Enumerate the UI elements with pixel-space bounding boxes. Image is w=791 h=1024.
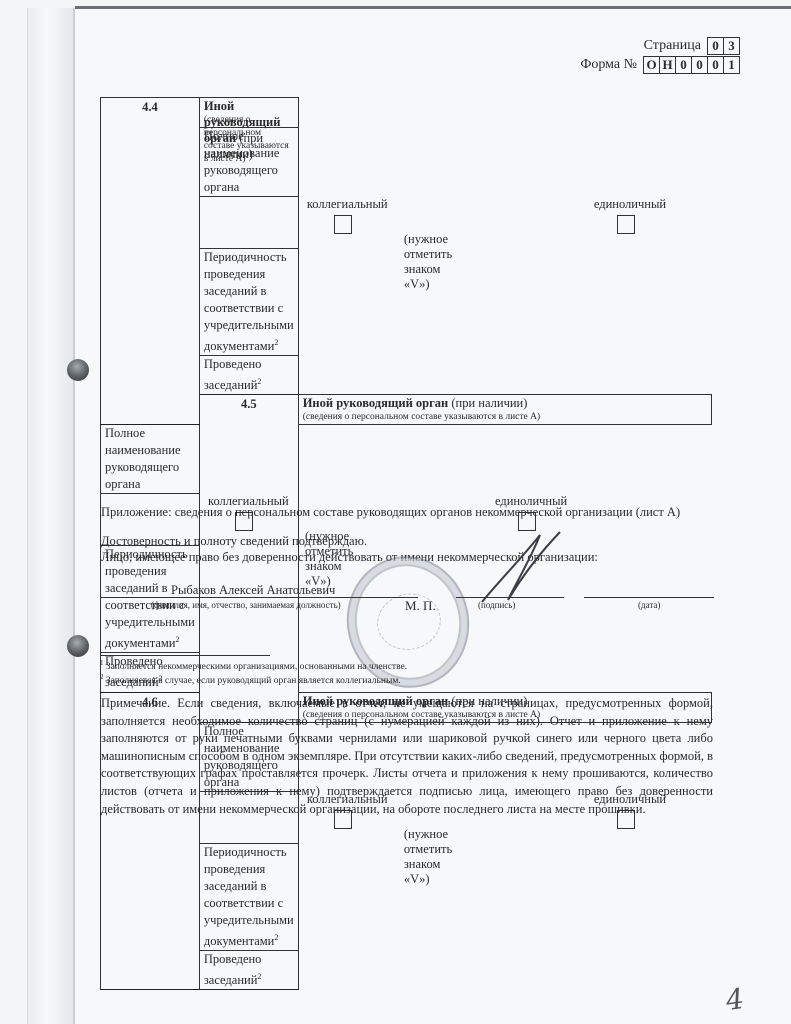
footnote-divider <box>100 655 270 656</box>
signature-caption: (подпись) <box>478 600 515 610</box>
meetings-held-label: Проведено заседаний <box>204 952 262 987</box>
collegial-checkbox[interactable] <box>334 215 352 234</box>
page-digit: 3 <box>724 37 740 55</box>
page-digit: 0 <box>707 37 724 55</box>
section-number: 4.4 <box>101 98 200 425</box>
page-number-cells: 0 3 <box>707 37 740 55</box>
mark-hint: (нужное отметить знаком «V») <box>404 232 452 292</box>
section-title: Иной руководящий орган (при наличии) (св… <box>298 395 711 425</box>
handwritten-signature-icon <box>480 530 570 610</box>
periodicity-label: Периодичность проведения заседаний в соо… <box>204 845 294 948</box>
footnote-ref: 2 <box>176 635 180 644</box>
footnote-mark: 1 <box>100 659 104 667</box>
footnote-mark: 2 <box>100 673 104 681</box>
form-digit: 0 <box>692 56 708 74</box>
punch-hole-icon <box>67 359 89 381</box>
form-digit: 0 <box>676 56 692 74</box>
punch-hole-icon <box>67 635 89 657</box>
footnote-ref: 2 <box>257 377 261 386</box>
periodicity-field[interactable]: Периодичность проведения заседаний в соо… <box>199 249 298 356</box>
mark-hint: (нужное отметить знаком «V») <box>404 827 452 887</box>
section-subnote: (сведения о персональном составе указыва… <box>303 411 707 424</box>
confirmation-text: Достоверность и полноту сведений подтвер… <box>101 534 367 549</box>
footnote-ref: 2 <box>274 338 278 347</box>
section-title-bold: Иной руководящий орган <box>303 396 449 410</box>
option-collegial-label: коллегиальный <box>307 197 388 212</box>
form-number-row: Форма № О Н 0 0 0 1 <box>550 55 740 74</box>
section-title-row: 4.4 Иной руководящий орган (при наличии)… <box>101 98 712 128</box>
full-name-field[interactable]: Полное наименование руководящего органа <box>101 425 200 494</box>
option-sole-label: единоличный <box>594 197 666 212</box>
sole-checkbox[interactable] <box>617 215 635 234</box>
date-line[interactable] <box>584 597 714 598</box>
periodicity-field[interactable]: Периодичность проведения заседаний в соо… <box>199 843 298 950</box>
date-caption: (дата) <box>638 600 660 610</box>
footnote-text: Заполняется в случае, если руководящий о… <box>106 676 401 686</box>
full-name-row: Полное наименование руководящего органа <box>101 425 712 494</box>
page-number-row: Страница 0 3 <box>550 36 740 55</box>
footnote-text: Заполняется некоммерческими организациям… <box>106 662 407 672</box>
form-number-cells: О Н 0 0 0 1 <box>643 56 740 74</box>
meetings-held-label: Проведено заседаний <box>204 357 262 392</box>
form-digit: Н <box>660 56 676 74</box>
meetings-held-field[interactable]: Проведено заседаний2 <box>199 950 298 989</box>
section-title: Иной руководящий орган (при наличии) (св… <box>199 98 298 128</box>
signer-name: Рыбаков Алексей Анатольевич <box>171 583 335 598</box>
periodicity-label: Периодичность проведения заседаний в соо… <box>204 250 294 353</box>
appendix-text: Приложение: сведения о персональном сост… <box>101 505 680 520</box>
form-label: Форма № <box>580 57 637 73</box>
footnote-1: 1 Заполняется некоммерческими организаци… <box>100 659 407 672</box>
name-line <box>100 597 418 598</box>
section-title-rest: (при наличии) <box>448 396 527 410</box>
seal-place-label: М. П. <box>405 598 436 614</box>
page-label: Страница <box>644 38 701 54</box>
signature-line <box>456 597 564 598</box>
footnote-ref: 2 <box>257 972 261 981</box>
form-header: Страница 0 3 Форма № О Н 0 0 0 1 <box>550 36 740 74</box>
name-caption: (фамилия, имя, отчество, занимаемая долж… <box>151 600 341 610</box>
meetings-held-field[interactable]: Проведено заседаний2 <box>199 356 298 395</box>
note-paragraph: Примечание. Если сведения, включаемые в … <box>101 695 713 818</box>
footnote-ref: 2 <box>274 933 278 942</box>
form-digit: 0 <box>708 56 724 74</box>
footnote-2: 2 Заполняется в случае, если руководящий… <box>100 673 401 686</box>
form-digit: О <box>643 56 660 74</box>
form-digit: 1 <box>724 56 740 74</box>
binding-strip <box>27 8 74 1024</box>
